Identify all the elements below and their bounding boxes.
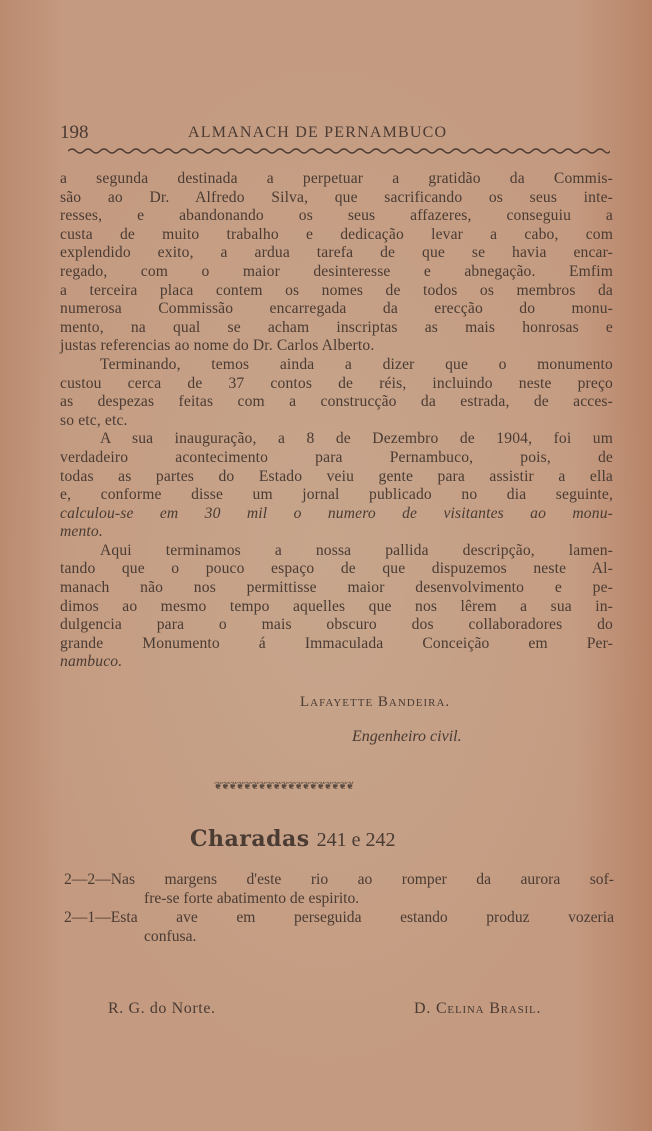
text-line: são ao Dr. Alfredo Silva, que sacrifican… <box>60 189 613 208</box>
page-header: 198 ALMANACH DE PERNAMBUCO <box>60 122 612 144</box>
wavy-rule-divider <box>68 146 610 156</box>
text-line: as despezas feitas com a construcção da … <box>60 393 613 412</box>
text-line: custou cerca de 37 contos de réis, inclu… <box>60 375 613 394</box>
text-line: mento, na qual se acham inscriptas as ma… <box>60 319 613 338</box>
text-line: justas referencias ao nome do Dr. Carlos… <box>60 337 613 356</box>
text-line: manach não nos permittisse maior desenvo… <box>60 579 613 598</box>
ornament-divider-icon: ❦❦❦❦❦❦❦❦❦❦❦❦❦❦❦❦❦❦❦ <box>214 778 353 793</box>
text-line: tando que o pouco espaço de que dispuzem… <box>60 560 613 579</box>
text-line: custa de muito trabalho e dedicação leva… <box>60 226 613 245</box>
text-line: Terminando, temos ainda a dizer que o mo… <box>60 356 613 375</box>
text-line: e, conforme disse um jornal publicado no… <box>60 486 613 505</box>
riddle-origin: R. G. do Norte. <box>108 1000 216 1018</box>
riddles-list: 2—2—Nas margens d'este rio ao romper da … <box>64 870 614 946</box>
text-line: nambuco. <box>60 653 613 672</box>
author-signature: Lafayette Bandeira. <box>300 694 450 711</box>
section-title: Charadas 241 e 242 <box>190 826 396 852</box>
text-line: mento. <box>60 523 613 542</box>
text-line: todas as partes do Estado veiu gente par… <box>60 468 613 487</box>
section-title-word: Charadas <box>190 826 310 852</box>
riddle-1-line-2: fre-se forte abatimento de espirito. <box>64 889 614 908</box>
text-line: dulgencia para o mais obscuro dos collab… <box>60 616 613 635</box>
page-number: 198 <box>60 122 89 144</box>
riddle-2-line-1: 2—1—Esta ave em perseguida estando produ… <box>64 908 614 927</box>
section-title-numbers: 241 e 242 <box>317 829 396 851</box>
author-role: Engenheiro civil. <box>352 728 462 746</box>
text-line: explendido exito, a ardua tarefa de que … <box>60 244 613 263</box>
book-page: 198 ALMANACH DE PERNAMBUCO a segunda des… <box>0 0 652 1131</box>
text-line: Aqui terminamos a nossa pallida descripç… <box>60 542 613 561</box>
text-line: so etc, etc. <box>60 412 613 431</box>
text-line: grande Monumento á Immaculada Conceição … <box>60 635 613 654</box>
riddle-author: D. Celina Brasil. <box>414 1000 541 1018</box>
text-line: dimos ao mesmo tempo aquelles que nos lê… <box>60 598 613 617</box>
text-line: verdadeiro acontecimento para Pernambuco… <box>60 449 613 468</box>
running-title: ALMANACH DE PERNAMBUCO <box>188 124 447 142</box>
riddle-1-line-1: 2—2—Nas margens d'este rio ao romper da … <box>64 870 614 889</box>
text-line: regado, com o maior desinteresse e abneg… <box>60 263 613 282</box>
article-body: a segunda destinada a perpetuar a gratid… <box>60 170 613 672</box>
text-line: A sua inauguração, a 8 de Dezembro de 19… <box>60 430 613 449</box>
text-line: a segunda destinada a perpetuar a gratid… <box>60 170 613 189</box>
text-line: numerosa Commissão encarregada da erecçã… <box>60 300 613 319</box>
text-line: calculou-se em 30 mil o numero de visita… <box>60 505 613 524</box>
text-line: resses, e abandonando os seus affazeres,… <box>60 207 613 226</box>
riddle-2-line-2: confusa. <box>64 927 614 946</box>
text-line: a terceira placa contem os nomes de todo… <box>60 282 613 301</box>
